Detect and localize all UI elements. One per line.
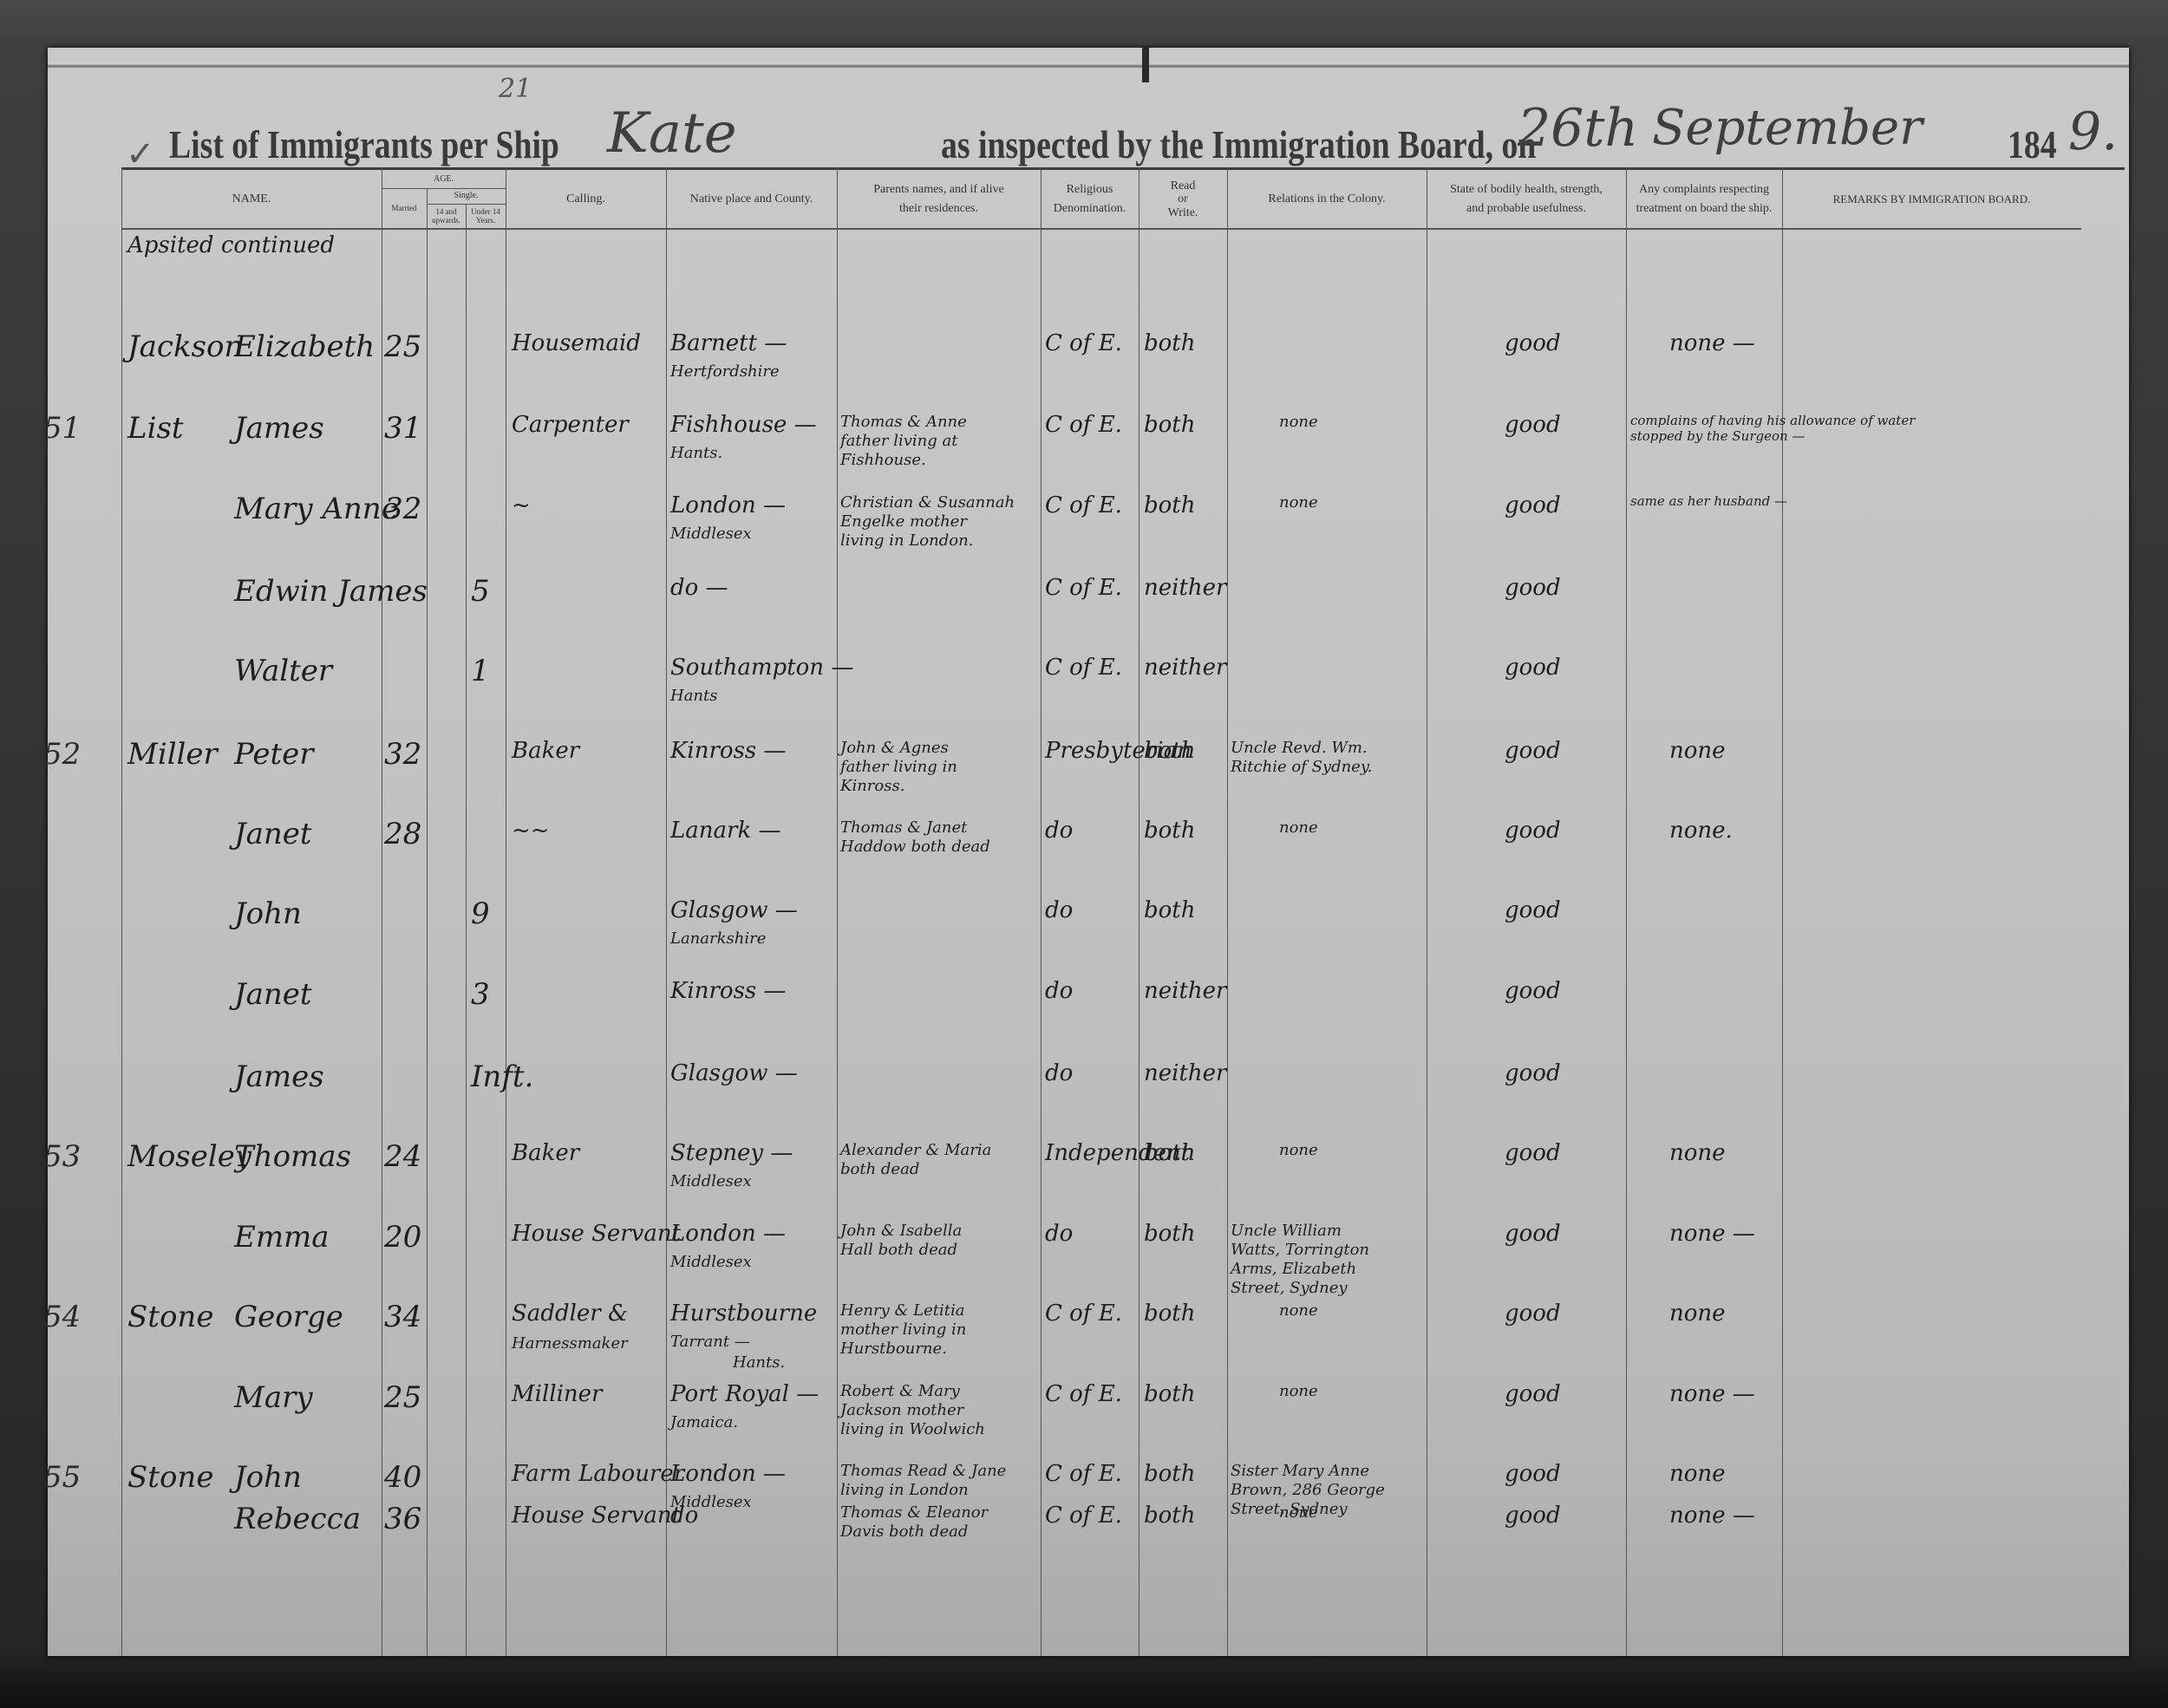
- surname: Miller: [127, 740, 218, 771]
- native-place-line1: Glasgow —: [670, 899, 798, 922]
- religion: do: [1045, 819, 1073, 843]
- parents-line1: Thomas Read & Jane: [840, 1463, 1006, 1481]
- read-write: both: [1144, 1383, 1196, 1406]
- date-month: September: [1652, 100, 1923, 156]
- col-divider: [1427, 167, 1427, 1656]
- complaints-line1: none: [1669, 1302, 1726, 1326]
- given-name: John: [234, 1463, 302, 1494]
- calling: Baker: [512, 1142, 579, 1165]
- given-name: James: [234, 1062, 324, 1093]
- page-fold: [48, 63, 2129, 68]
- native-place-line2: Hants.: [670, 445, 722, 463]
- parents-line1: Henry & Letitia: [840, 1302, 965, 1320]
- calling: Housemaid: [512, 332, 641, 355]
- read-write: both: [1144, 1302, 1196, 1326]
- parents-line1: John & Isabella: [840, 1222, 962, 1241]
- relations-line1: Uncle William: [1231, 1222, 1342, 1241]
- calling: ~: [512, 494, 531, 518]
- row-number: 51: [43, 414, 81, 445]
- native-place-line1: do —: [670, 577, 728, 600]
- health: good: [1505, 1142, 1561, 1165]
- col-header-calling: Calling.: [506, 171, 666, 228]
- relations-line2: Watts, Torrington: [1231, 1242, 1369, 1260]
- native-place-line1: London —: [670, 1222, 786, 1246]
- age-married: 25: [384, 1383, 421, 1414]
- surname: List: [127, 414, 184, 445]
- health: good: [1505, 494, 1561, 518]
- read-write: both: [1144, 819, 1196, 843]
- read-write: both: [1144, 1463, 1196, 1486]
- complaints-line1: none.: [1669, 819, 1733, 843]
- parents-line2: mother living in: [840, 1321, 966, 1340]
- read-write: both: [1144, 414, 1196, 437]
- section-heading: Apsited continued: [127, 234, 335, 258]
- binding-tear: [1142, 48, 1149, 82]
- col-header-relations: Relations in the Colony.: [1227, 171, 1427, 228]
- given-name: Rebecca: [234, 1504, 361, 1535]
- col-divider: [1626, 167, 1627, 1656]
- given-name: Emma: [234, 1222, 330, 1254]
- page-number: 21: [499, 74, 532, 104]
- relations-line1: none: [1279, 1142, 1318, 1160]
- parents-line1: Christian & Susannah: [840, 494, 1015, 512]
- calling: Farm Labourer: [512, 1463, 684, 1486]
- complaints-line1: none: [1669, 740, 1726, 763]
- read-write: both: [1144, 740, 1196, 763]
- religion: C of E.: [1045, 414, 1122, 437]
- native-place-line1: Glasgow —: [670, 1062, 798, 1085]
- native-place-line1: Lanark —: [670, 819, 780, 843]
- col-divider: [666, 167, 667, 1656]
- parents-line2: Haddow both dead: [840, 838, 990, 857]
- parents-line3: living in Woolwich: [840, 1421, 985, 1439]
- native-place-line1: Stepney —: [670, 1142, 793, 1165]
- parents-line1: Alexander & Maria: [840, 1142, 991, 1160]
- header-bottom-rule: [121, 228, 2081, 230]
- age-under-14: 1: [471, 656, 490, 688]
- age-married: 34: [384, 1302, 421, 1333]
- relations-line2: Ritchie of Sydney.: [1231, 759, 1372, 777]
- health: good: [1505, 819, 1561, 843]
- read-write: both: [1144, 1142, 1196, 1165]
- native-place-line2: Middlesex: [670, 1254, 752, 1272]
- age-married: 40: [384, 1463, 421, 1494]
- calling: Milliner: [512, 1383, 602, 1406]
- age-married: 28: [384, 819, 421, 851]
- col-divider: [1041, 167, 1042, 1656]
- parents-line1: Thomas & Anne: [840, 414, 967, 432]
- religion: C of E.: [1045, 332, 1122, 355]
- health: good: [1505, 577, 1561, 600]
- complaints-line1: none: [1669, 1142, 1726, 1165]
- parents-line3: Fishhouse.: [840, 452, 926, 470]
- ship-name: Kate: [607, 101, 737, 166]
- read-write: both: [1144, 1504, 1196, 1528]
- complaints-line1: none —: [1669, 1504, 1755, 1528]
- col-header-age: AGE.: [382, 171, 506, 188]
- read-write: neither: [1144, 656, 1226, 680]
- relations-line1: none: [1279, 819, 1318, 838]
- native-place-line2: Hertfordshire: [670, 363, 780, 381]
- col-divider: [1139, 167, 1140, 1656]
- surname: Stone: [127, 1302, 213, 1333]
- parents-line2: both dead: [840, 1161, 919, 1179]
- given-name: Peter: [234, 740, 314, 771]
- date-day: 26th: [1518, 98, 1638, 159]
- health: good: [1505, 1222, 1561, 1246]
- col-divider: [466, 204, 467, 1656]
- row-number: 54: [43, 1302, 81, 1333]
- relations-line1: none: [1279, 494, 1318, 512]
- relations-line1: none: [1279, 414, 1318, 432]
- health: good: [1505, 899, 1561, 922]
- col-divider: [1782, 167, 1783, 1656]
- health: good: [1505, 414, 1561, 437]
- health: good: [1505, 1463, 1561, 1486]
- complaints-line1: none —: [1669, 332, 1755, 355]
- given-name: Elizabeth: [234, 332, 375, 363]
- ledger-page: 21 ✓ List of Immigrants per Ship Kate as…: [48, 48, 2129, 1656]
- native-place-line2: Lanarkshire: [670, 930, 766, 949]
- col-header-complaints: Any complaints respectingtreatment on bo…: [1626, 171, 1782, 228]
- age-under-14: 3: [471, 980, 490, 1011]
- health: good: [1505, 1302, 1561, 1326]
- parents-line1: Thomas & Eleanor: [840, 1504, 988, 1522]
- given-name: Walter: [234, 656, 332, 688]
- health: good: [1505, 740, 1561, 763]
- calling: House Servant: [512, 1504, 681, 1528]
- religion: C of E.: [1045, 656, 1122, 680]
- col-header-read-write: ReadorWrite.: [1139, 171, 1227, 228]
- health: good: [1505, 332, 1561, 355]
- health: good: [1505, 656, 1561, 680]
- col-header-14-upwards: 14 and upwards.: [427, 204, 466, 228]
- row-number: 55: [43, 1463, 81, 1494]
- native-place-line2: Tarrant —: [670, 1333, 750, 1352]
- native-place-line1: Southampton —: [670, 656, 853, 680]
- header-rule: [121, 167, 2125, 170]
- religion: C of E.: [1045, 1463, 1122, 1486]
- col-header-name: NAME.: [121, 171, 382, 228]
- religion: do: [1045, 1062, 1073, 1085]
- given-name: Thomas: [234, 1142, 351, 1173]
- calling: Saddler &: [512, 1302, 628, 1326]
- col-divider: [506, 167, 506, 1656]
- col-header-native-place: Native place and County.: [666, 171, 837, 228]
- title-middle: as inspected by the Immigration Board, o…: [941, 121, 1536, 167]
- col-header-under-14: Under 14 Years.: [466, 204, 506, 228]
- native-place-line2: Hants: [670, 688, 718, 706]
- relations-line1: none: [1279, 1504, 1318, 1522]
- relations-line3: Arms, Elizabeth: [1231, 1261, 1356, 1279]
- relations-line2: Brown, 286 George: [1231, 1482, 1385, 1500]
- religion: do: [1045, 980, 1073, 1003]
- year-handwritten: 9.: [2068, 101, 2118, 162]
- parents-line2: living in London: [840, 1482, 969, 1500]
- calling: Carpenter: [512, 414, 629, 437]
- religion: C of E.: [1045, 494, 1122, 518]
- native-place-line1: Kinross —: [670, 740, 787, 763]
- religion: C of E.: [1045, 1302, 1122, 1326]
- health: good: [1505, 1383, 1561, 1406]
- parents-line2: father living at: [840, 433, 957, 451]
- col-header-parents: Parents names, and if alivetheir residen…: [837, 171, 1041, 228]
- col-divider: [121, 167, 122, 1656]
- health: good: [1505, 1062, 1561, 1085]
- read-write: neither: [1144, 577, 1226, 600]
- age-single-14-up: 25: [384, 332, 421, 363]
- row-number: 52: [43, 740, 81, 771]
- age-under-14: 5: [471, 577, 490, 608]
- read-write: neither: [1144, 980, 1226, 1003]
- read-write: both: [1144, 899, 1196, 922]
- native-place-line1: Barnett —: [670, 332, 787, 355]
- native-place-line2: Middlesex: [670, 525, 752, 544]
- age-married: 32: [384, 740, 421, 771]
- parents-line2: Davis both dead: [840, 1523, 968, 1542]
- complaints-line1: none —: [1669, 1383, 1755, 1406]
- relations-line4: Street, Sydney: [1231, 1280, 1348, 1298]
- col-divider: [1227, 167, 1228, 1656]
- native-place-line1: Kinross —: [670, 980, 787, 1003]
- calling-line2: Harnessmaker: [512, 1335, 628, 1353]
- given-name: Mary Anne: [234, 494, 399, 525]
- religion: do: [1045, 899, 1073, 922]
- given-name: Mary: [234, 1383, 313, 1414]
- parents-line2: Engelke mother: [840, 513, 967, 531]
- parents-line3: Hurstbourne.: [840, 1340, 947, 1359]
- read-write: both: [1144, 1222, 1196, 1246]
- relations-line1: Uncle Revd. Wm.: [1231, 740, 1368, 758]
- surname: Moseley: [127, 1142, 251, 1173]
- religion: C of E.: [1045, 1383, 1122, 1406]
- native-place-line1: Port Royal —: [670, 1383, 819, 1406]
- age-under-14: 9: [471, 899, 490, 930]
- age-married: 24: [384, 1142, 421, 1173]
- complaints-line1: none —: [1669, 1222, 1755, 1246]
- age-married: 20: [384, 1222, 421, 1254]
- given-name: James: [234, 414, 324, 445]
- complaints-line1: same as her husband —: [1630, 494, 1787, 509]
- col-divider: [427, 188, 428, 1656]
- calling: Baker: [512, 740, 579, 763]
- title-prefix: List of Immigrants per Ship: [169, 121, 559, 167]
- health: good: [1505, 980, 1561, 1003]
- relations-line1: none: [1279, 1383, 1318, 1401]
- surname: Stone: [127, 1463, 213, 1494]
- religion: do: [1045, 1222, 1073, 1246]
- relations-line1: none: [1279, 1302, 1318, 1320]
- parents-line2: Hall both dead: [840, 1242, 957, 1260]
- relations-line1: Sister Mary Anne: [1231, 1463, 1369, 1481]
- given-name: Janet: [234, 980, 312, 1011]
- calling: ~~: [512, 819, 550, 843]
- complaints-line1: complains of having his allowance of wat…: [1630, 414, 1915, 428]
- read-write: neither: [1144, 1062, 1226, 1085]
- col-header-married: Married: [382, 188, 427, 228]
- col-divider: [837, 167, 838, 1656]
- complaints-line1: none: [1669, 1463, 1726, 1486]
- parents-line1: John & Agnes: [840, 740, 949, 758]
- col-header-health: State of bodily health, strength,and pro…: [1427, 171, 1626, 228]
- parents-line2: father living in: [840, 759, 957, 777]
- age-under-14: Inft.: [471, 1062, 533, 1093]
- religion: C of E.: [1045, 1504, 1122, 1528]
- native-place-line1: Fishhouse —: [670, 414, 817, 437]
- col-header-remarks: REMARKS BY IMMIGRATION BOARD.: [1782, 171, 2081, 228]
- native-place-line1: London —: [670, 1463, 786, 1486]
- surname: Jackson: [127, 332, 243, 363]
- given-name: John: [234, 899, 302, 930]
- native-place-line3: Hants.: [733, 1354, 785, 1372]
- col-header-religion: ReligiousDenomination.: [1041, 171, 1139, 228]
- age-married: 36: [384, 1504, 421, 1535]
- native-place-line1: Hurstbourne: [670, 1302, 817, 1326]
- read-write: both: [1144, 332, 1196, 355]
- native-place-line2: Middlesex: [670, 1173, 752, 1191]
- complaints-line2: stopped by the Surgeon —: [1630, 429, 1805, 444]
- col-divider: [382, 167, 382, 1656]
- given-name: George: [234, 1302, 343, 1333]
- religion: C of E.: [1045, 577, 1122, 600]
- parents-line1: Thomas & Janet: [840, 819, 967, 838]
- native-place-line2: Jamaica.: [670, 1414, 738, 1432]
- health: good: [1505, 1504, 1561, 1528]
- row-number: 53: [43, 1142, 81, 1173]
- native-place-line1: London —: [670, 494, 786, 518]
- age-married: 32: [384, 494, 421, 525]
- given-name: Janet: [234, 819, 312, 851]
- given-name: Edwin James: [234, 577, 428, 608]
- parents-line2: Jackson mother: [840, 1402, 963, 1420]
- native-place-line1: do: [670, 1504, 698, 1528]
- col-header-single: Single.: [427, 188, 506, 204]
- parents-line3: living in London.: [840, 532, 973, 551]
- read-write: both: [1144, 494, 1196, 518]
- calling: House Servant: [512, 1222, 681, 1246]
- age-married: 31: [384, 414, 421, 445]
- parents-line3: Kinross.: [840, 778, 904, 796]
- parents-line1: Robert & Mary: [840, 1383, 960, 1401]
- year-printed: 184: [2008, 121, 2057, 167]
